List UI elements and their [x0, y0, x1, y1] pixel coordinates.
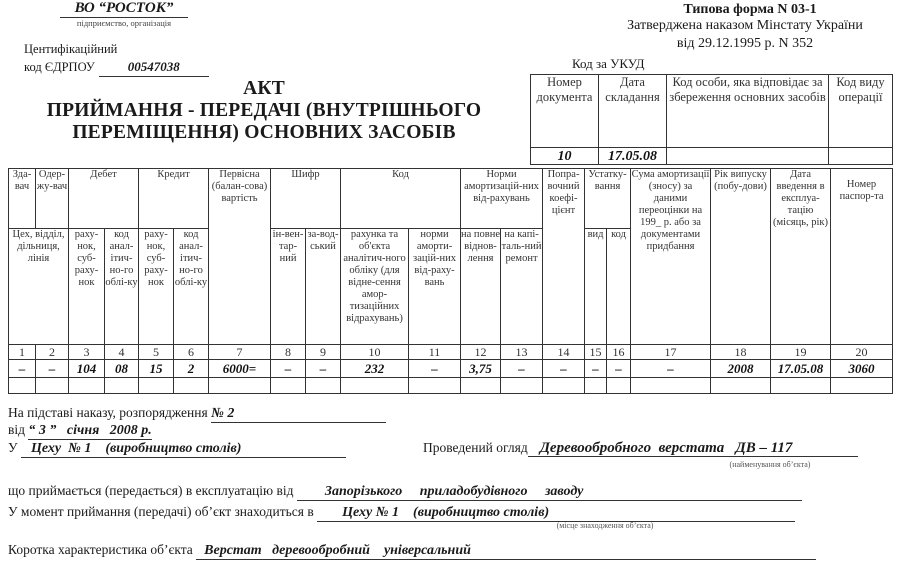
credit-code-header: код анал-ітич-но-го облі-ку: [174, 229, 209, 345]
inspection-object-field[interactable]: Деревообробного верстата ДВ – 117: [528, 440, 858, 457]
passport-number-header: Номер паспор-та: [831, 169, 893, 345]
department-line: У Цеху № 1 (виробництво столів): [8, 440, 346, 458]
norm-code-header: норми аморти-зацій-них від-раху-вань: [409, 229, 461, 345]
responsible-code-header: Код особи, яка відповідає за збереження …: [667, 75, 829, 148]
location-field[interactable]: Цеху № 1 (виробництво столів): [317, 505, 795, 522]
location-label: У момент приймання (передачі) об’єкт зна…: [8, 504, 314, 519]
table-cell-empty[interactable]: [306, 378, 341, 394]
table-cell[interactable]: –: [409, 360, 461, 378]
table-cell-empty[interactable]: [461, 378, 501, 394]
inventory-number-header: ін-вен-тар-ний: [271, 229, 306, 345]
table-cell-empty[interactable]: [9, 378, 36, 394]
table-cell[interactable]: 6000=: [209, 360, 271, 378]
initial-cost-header: Первісна (балан-сова) вартість: [209, 169, 271, 345]
table-cell-empty[interactable]: [585, 378, 607, 394]
column-number: 9: [306, 345, 341, 360]
department-label: У: [8, 440, 18, 455]
order-line: На підставі наказу, розпорядження № 2: [8, 405, 386, 423]
inspection-caption: (найменування об’єкта): [700, 460, 840, 469]
accepted-from-field[interactable]: Запорізького приладобудівного заводу: [297, 484, 802, 501]
commission-date-header: Дата введення в експлуа-тацію (місяць, р…: [771, 169, 831, 345]
table-cell-empty[interactable]: [36, 378, 69, 394]
doc-number-header: Номер документа: [531, 75, 599, 148]
column-number: 6: [174, 345, 209, 360]
title-line1: АКТ: [0, 78, 528, 100]
table-cell[interactable]: –: [501, 360, 543, 378]
column-number: 12: [461, 345, 501, 360]
location-line: У момент приймання (передачі) об’єкт зна…: [8, 504, 795, 522]
account-object-header: рахунка та об'єкта аналітич-ного обліку …: [341, 229, 409, 345]
doc-date-value[interactable]: 17.05.08: [599, 148, 667, 165]
column-number: 13: [501, 345, 543, 360]
document-title: АКТ ПРИЙМАННЯ - ПЕРЕДАЧІ (ВНУТРІШНЬОГО П…: [0, 78, 528, 144]
inspection-label: Проведений огляд: [423, 440, 528, 455]
debit-account-header: раху-нок, суб-раху-нок: [69, 229, 105, 345]
table-cell[interactable]: 2: [174, 360, 209, 378]
column-number: 10: [341, 345, 409, 360]
doc-number-value[interactable]: 10: [531, 148, 599, 165]
assets-table: Зда-вач Одер-жу-вач Дебет Кредит Первісн…: [8, 168, 893, 394]
table-cell[interactable]: 3,75: [461, 360, 501, 378]
department-header: Цех, відділ, дільниця, лінія: [9, 229, 69, 345]
table-cell[interactable]: –: [607, 360, 631, 378]
responsible-code-value[interactable]: [667, 148, 829, 165]
column-number: 3: [69, 345, 105, 360]
column-number: 19: [771, 345, 831, 360]
table-cell-empty[interactable]: [105, 378, 139, 394]
table-cell[interactable]: 3060: [831, 360, 893, 378]
column-numbers-row: 1234567891011121314151617181920: [9, 345, 893, 360]
column-number: 16: [607, 345, 631, 360]
credit-account-header: раху-нок, суб-раху-нок: [139, 229, 174, 345]
debit-code-header: код анал-ітич-но-го облі-ку: [105, 229, 139, 345]
doc-date-header: Дата складання: [599, 75, 667, 148]
code-header: Код: [341, 169, 461, 229]
table-cell-empty[interactable]: [409, 378, 461, 394]
table-cell[interactable]: 17.05.08: [771, 360, 831, 378]
table-cell-empty[interactable]: [631, 378, 711, 394]
table-cell-empty[interactable]: [271, 378, 306, 394]
column-number: 7: [209, 345, 271, 360]
credit-header: Кредит: [139, 169, 209, 229]
form-approval: Затверджена наказом Мінстату України від…: [590, 17, 900, 53]
column-number: 8: [271, 345, 306, 360]
equipment-header: Устатку-вання: [585, 169, 631, 229]
title-line2: ПРИЙМАННЯ - ПЕРЕДАЧІ (ВНУТРІШНЬОГО: [0, 100, 528, 122]
id-code-block: Центифікаційний код ЄДРПОУ00547038: [24, 40, 209, 77]
table-cell[interactable]: 15: [139, 360, 174, 378]
operation-code-header: Код виду операції: [829, 75, 893, 148]
table-cell[interactable]: –: [543, 360, 585, 378]
table-cell[interactable]: –: [585, 360, 607, 378]
description-field[interactable]: Верстат деревообробний універсальний: [196, 543, 816, 560]
table-cell-empty[interactable]: [831, 378, 893, 394]
factory-number-header: за-вод-ський: [306, 229, 341, 345]
correction-coef-header: Попра-вочний коефі-цієнт: [543, 169, 585, 345]
organization-name: ВО “РОСТОК”: [60, 0, 188, 18]
order-date-label: від: [8, 422, 25, 437]
full-restore-header: на повне віднов-лення: [461, 229, 501, 345]
column-number: 18: [711, 345, 771, 360]
form-title: Типова форма N 03-1: [640, 2, 860, 18]
column-number: 1: [9, 345, 36, 360]
id-label-line1: Центифікаційний: [24, 40, 209, 58]
column-number: 14: [543, 345, 585, 360]
edrpou-code-field[interactable]: 00547038: [99, 58, 209, 77]
column-number: 17: [631, 345, 711, 360]
column-number: 15: [585, 345, 607, 360]
accepted-from-label: що приймається (передається) в експлуата…: [8, 483, 294, 498]
table-cell-empty[interactable]: [771, 378, 831, 394]
title-line3: ПЕРЕМІЩЕННЯ) ОСНОВНИХ ЗАСОБІВ: [0, 122, 528, 144]
year-header: Рік випуску (побу-дови): [711, 169, 771, 345]
department-field[interactable]: Цеху № 1 (виробництво столів): [21, 441, 346, 458]
column-number: 11: [409, 345, 461, 360]
table-cell-empty[interactable]: [69, 378, 105, 394]
table-cell-empty[interactable]: [607, 378, 631, 394]
table-cell[interactable]: 104: [69, 360, 105, 378]
capital-repair-header: на капі-таль-ний ремонт: [501, 229, 543, 345]
table-cell[interactable]: –: [9, 360, 36, 378]
id-label-line2: код ЄДРПОУ: [24, 60, 95, 74]
column-number: 20: [831, 345, 893, 360]
order-number-field[interactable]: № 2: [211, 406, 386, 423]
table-cell-empty[interactable]: [501, 378, 543, 394]
table-cell[interactable]: –: [36, 360, 69, 378]
table-cell-empty[interactable]: [543, 378, 585, 394]
form-approval-line2: від 29.12.1995 р. N 352: [590, 35, 900, 53]
table-cell[interactable]: 232: [341, 360, 409, 378]
table-row: ––104081526000=––232–3,75–––––200817.05.…: [9, 360, 893, 378]
table-cell[interactable]: –: [306, 360, 341, 378]
table-cell-empty[interactable]: [209, 378, 271, 394]
depreciation-sum-header: Сума амортизації (зносу) за даними перео…: [631, 169, 711, 345]
description-line: Коротка характеристика об’єкта Верстат д…: [8, 542, 816, 560]
table-cell[interactable]: 2008: [711, 360, 771, 378]
table-cell[interactable]: 08: [105, 360, 139, 378]
order-date-field[interactable]: “ 3 ” січня 2008 р.: [28, 423, 151, 440]
receiver-header: Одер-жу-вач: [36, 169, 69, 229]
order-date-line: від “ 3 ” січня 2008 р.: [8, 422, 152, 440]
depreciation-norms-header: Норми амортизацій-них від-рахувань: [461, 169, 543, 229]
document-info-table: Номер документа Дата складання Код особи…: [530, 74, 893, 165]
debit-header: Дебет: [69, 169, 139, 229]
form-approval-line1: Затверджена наказом Мінстату України: [590, 17, 900, 35]
description-label: Коротка характеристика об’єкта: [8, 542, 193, 557]
cipher-header: Шифр: [271, 169, 341, 229]
table-cell-empty[interactable]: [711, 378, 771, 394]
accepted-from-line: що приймається (передається) в експлуата…: [8, 483, 802, 501]
table-cell-empty[interactable]: [341, 378, 409, 394]
inspection-line: Проведений оглядДеревообробного верстата…: [423, 440, 858, 457]
ukud-label: Код за УКУД: [572, 56, 645, 72]
equipment-code-header: код: [607, 229, 631, 345]
table-cell-empty[interactable]: [139, 378, 174, 394]
table-cell-empty[interactable]: [174, 378, 209, 394]
order-label: На підставі наказу, розпорядження: [8, 405, 208, 420]
equipment-kind-header: вид: [585, 229, 607, 345]
organization-caption: підприємство, організація: [60, 18, 188, 28]
column-number: 2: [36, 345, 69, 360]
table-cell[interactable]: –: [631, 360, 711, 378]
operation-code-value[interactable]: [829, 148, 893, 165]
giver-header: Зда-вач: [9, 169, 36, 229]
table-row-empty: [9, 378, 893, 394]
column-number: 4: [105, 345, 139, 360]
column-number: 5: [139, 345, 174, 360]
table-cell[interactable]: –: [271, 360, 306, 378]
location-caption: (місце знаходження об’єкта): [530, 521, 680, 530]
